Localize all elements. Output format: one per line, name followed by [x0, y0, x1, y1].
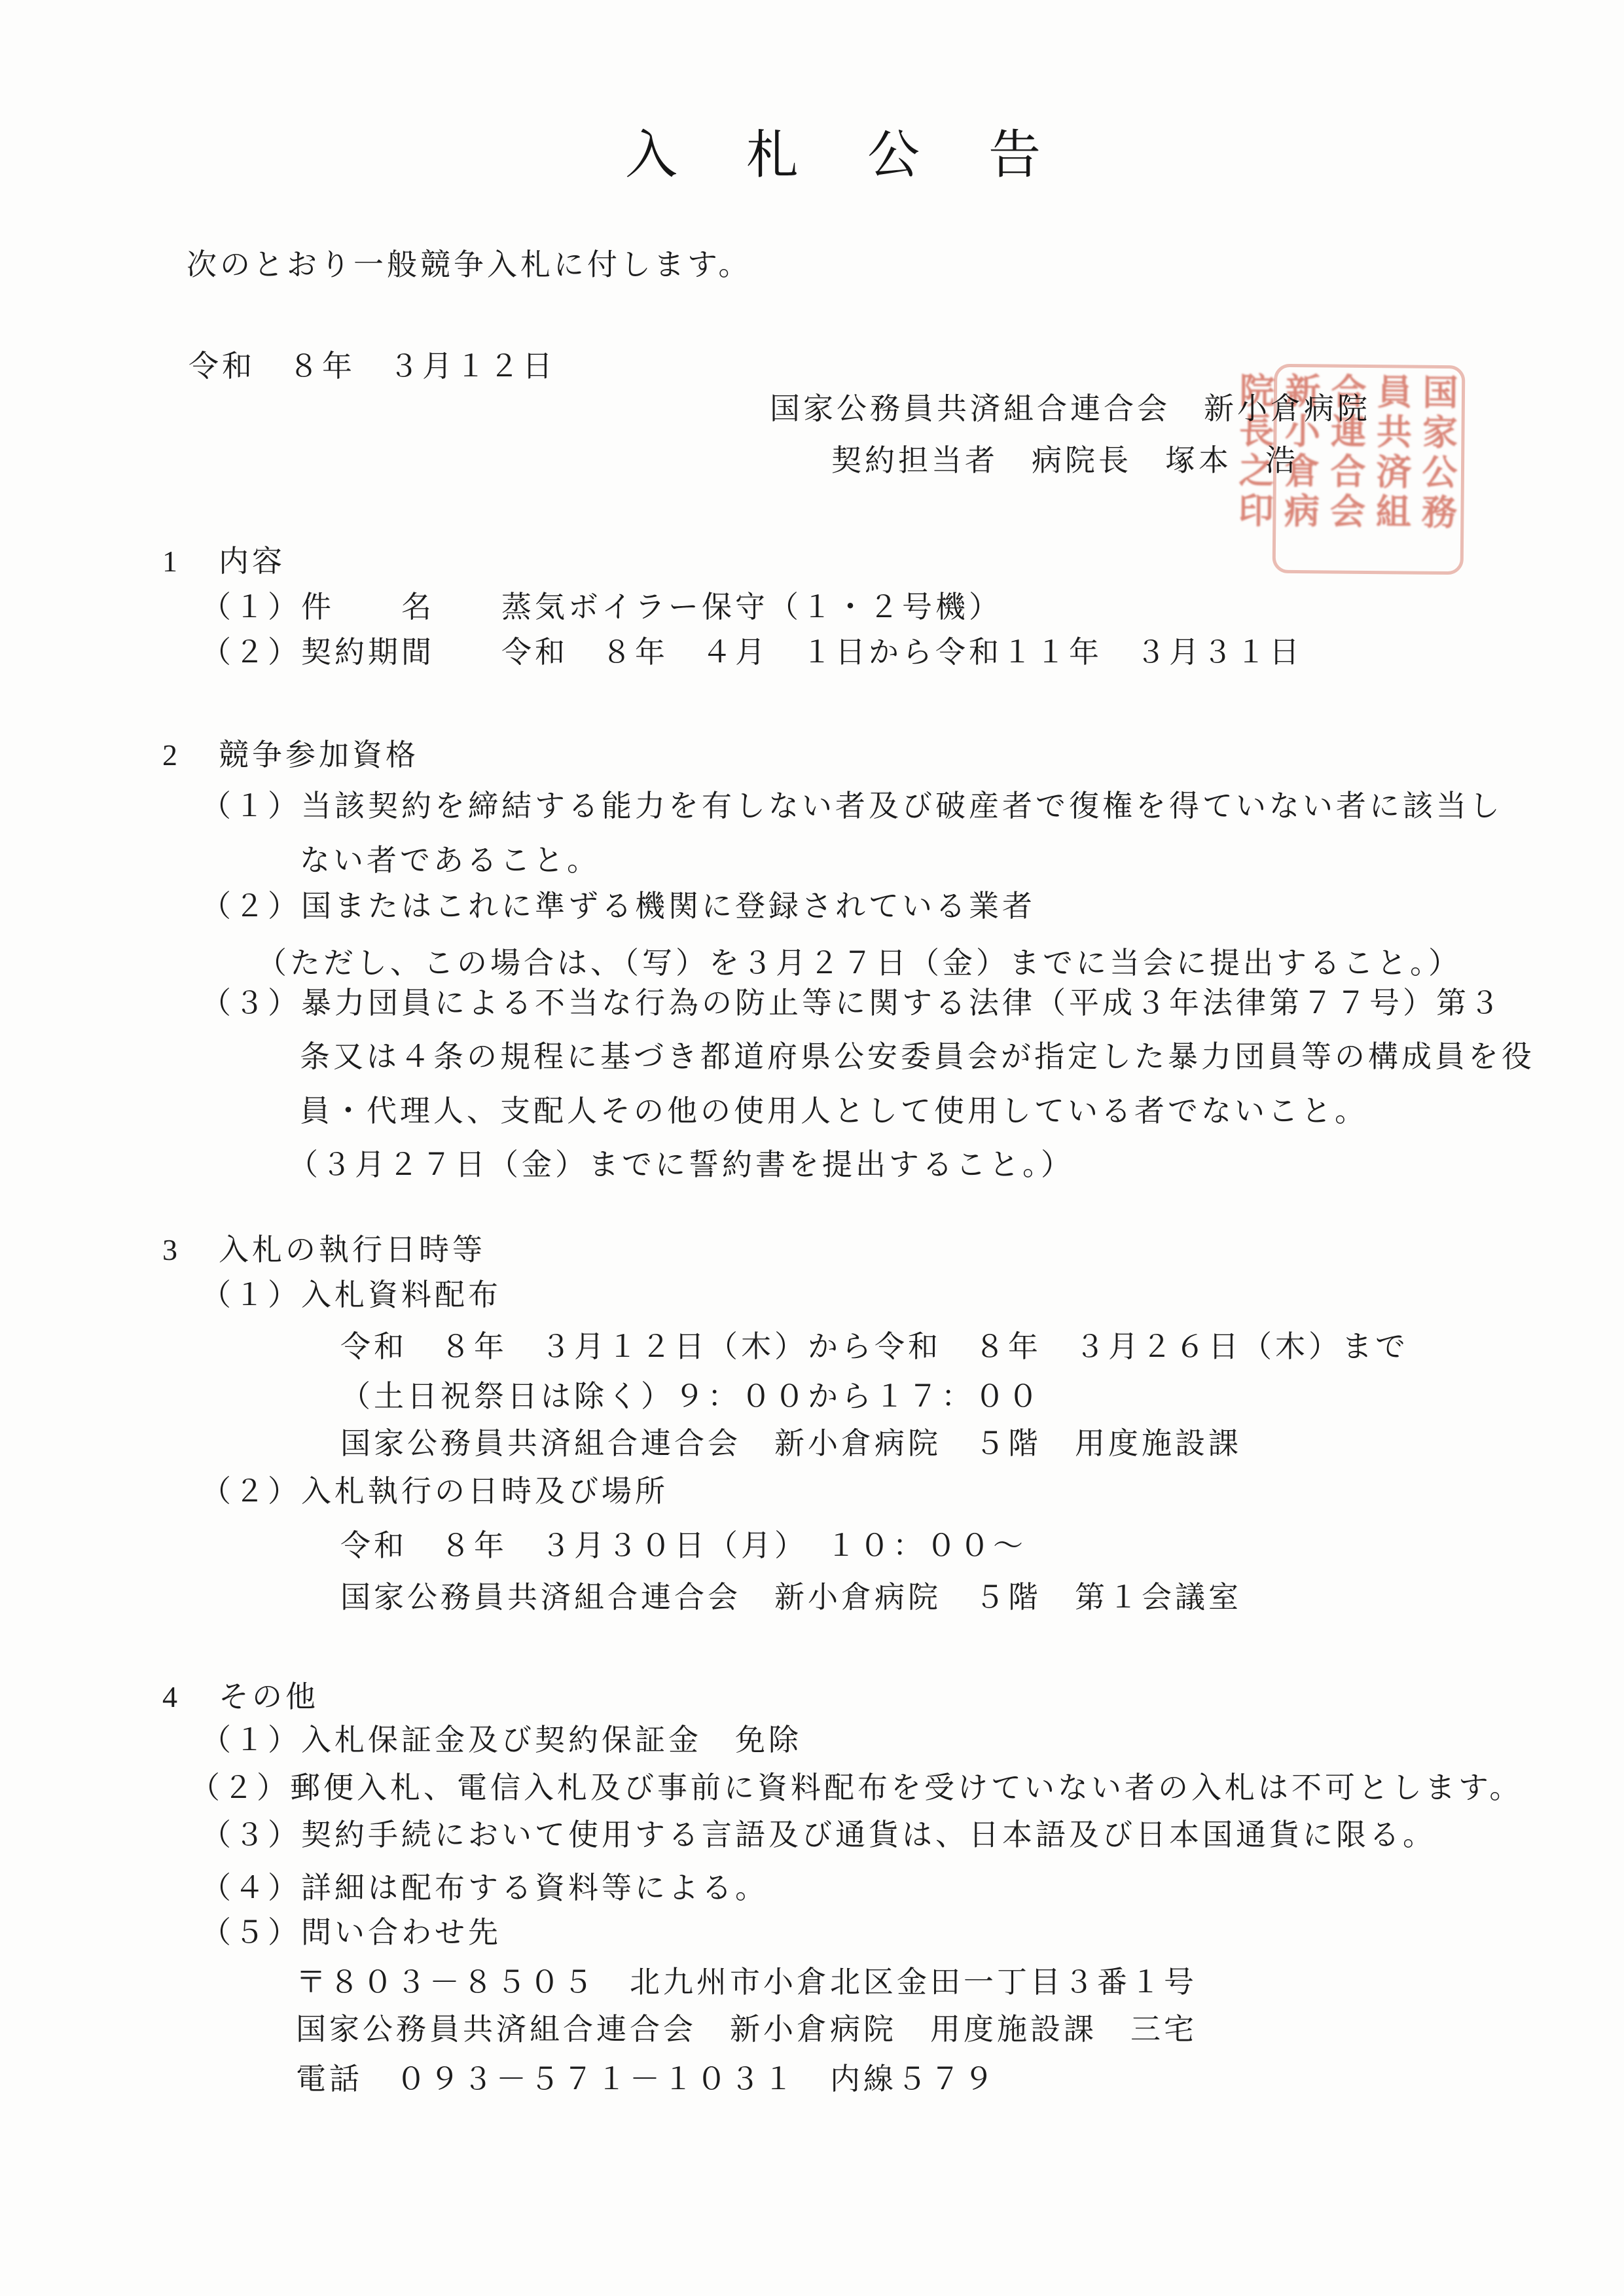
section3-item2-place: 国家公務員共済組合連合会 新小倉病院 ５階 第１会議室 [340, 1583, 1242, 1613]
section2-heading: 2競争参加資格 [162, 740, 419, 770]
section3-title: 入札の執行日時等 [219, 1235, 486, 1265]
section4-item4: （４）詳細は配布する資料等による。 [201, 1873, 768, 1903]
section2-item3-line1: （３）暴力団員による不当な行為の防止等に関する法律（平成３年法律第７７号）第３ [201, 988, 1503, 1018]
official-seal-text: 国家公務員共済組合連合会新小倉病院長之印 [1276, 367, 1462, 571]
section4-item5: （５）問い合わせ先 [201, 1918, 501, 1948]
section3-number: 3 [162, 1233, 181, 1266]
section4-item1: （１）入札保証金及び契約保証金 免除 [201, 1725, 802, 1755]
intro-line: 次のとおり一般競争入札に付します。 [187, 250, 751, 280]
official-seal: 国家公務員共済組合連合会新小倉病院長之印 [1272, 364, 1466, 575]
issuer-officer-line: 契約担当者 病院長 塚本 浩 [831, 446, 1299, 476]
section2-title: 競争参加資格 [219, 740, 419, 770]
contact-address-line: 〒８０３－８５０５ 北九州市小倉北区金田一丁目３番１号 [296, 1967, 1197, 1998]
section2-item2-note: （ただし、この場合は、（写）を３月２７日（金）までに当会に提出すること。） [257, 948, 1462, 978]
section1-number: 1 [162, 545, 181, 578]
section1-heading: 1内容 [162, 547, 285, 577]
section4-item2: （２）郵便入札、電信入札及び事前に資料配布を受けていない者の入札は不可とします。 [190, 1773, 1523, 1803]
section4-title: その他 [219, 1682, 319, 1712]
contact-org-line: 国家公務員共済組合連合会 新小倉病院 用度施設課 三宅 [296, 2015, 1197, 2045]
section3-item1-place: 国家公務員共済組合連合会 新小倉病院 ５階 用度施設課 [340, 1429, 1242, 1459]
date-line: 令和 ８年 ３月１２日 [189, 351, 556, 382]
section2-item2: （２）国またはこれに準ずる機関に登録されている業者 [201, 891, 1036, 922]
bid-announcement-page: 入札公告 次のとおり一般競争入札に付します。 令和 ８年 ３月１２日 国家公務員… [0, 0, 1624, 2296]
section2-item1-line2: ない者であること。 [300, 846, 600, 876]
section4-heading: 4その他 [162, 1682, 319, 1712]
section2-item3-note: （３月２７日（金）までに誓約書を提出すること。） [288, 1150, 1074, 1180]
section2-item3-line2: 条又は４条の規程に基づき都道府県公安委員会が指定した暴力団員等の構成員を役 [300, 1042, 1535, 1072]
section1-item2: （２）契約期間 令和 ８年 ４月 １日から令和１１年 ３月３１日 [201, 637, 1303, 668]
section4-item3: （３）契約手続において使用する言語及び通貨は、日本語及び日本国通貨に限る。 [201, 1820, 1436, 1850]
section2-number: 2 [162, 738, 181, 772]
contact-phone-line: 電話 ０９３－５７１－１０３１ 内線５７９ [296, 2064, 997, 2094]
section4-number: 4 [162, 1680, 181, 1713]
section2-item3-line3: 員・代理人、支配人その他の使用人として使用している者でないこと。 [300, 1096, 1368, 1126]
section3-item2: （２）入札執行の日時及び場所 [201, 1477, 668, 1507]
section3-item1-time: （土日祝祭日は除く）９：００から１７：００ [340, 1382, 1041, 1412]
page-title: 入札公告 [625, 113, 1110, 188]
section3-item1-date: 令和 ８年 ３月１２日（木）から令和 ８年 ３月２６日（木）まで [340, 1332, 1409, 1362]
section1-title: 内容 [219, 547, 285, 577]
section2-item1-line1: （１）当該契約を締結する能力を有しない者及び破産者で復権を得ていない者に該当し [201, 791, 1503, 821]
section3-item2-date: 令和 ８年 ３月３０日（月） １０：００～ [340, 1531, 1026, 1561]
section1-item1: （１）件 名 蒸気ボイラー保守（１・２号機） [201, 592, 1002, 622]
section3-heading: 3入札の執行日時等 [162, 1235, 486, 1265]
section3-item1: （１）入札資料配布 [201, 1280, 501, 1310]
